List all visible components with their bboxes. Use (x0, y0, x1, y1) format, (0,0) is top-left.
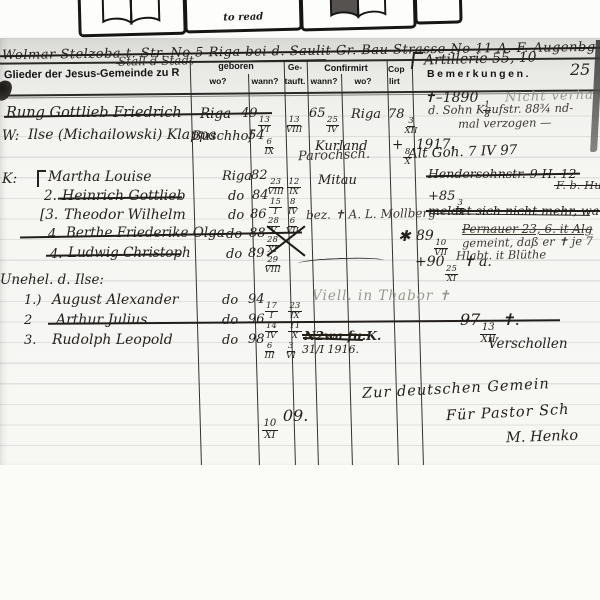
confirmation-note: bez. ✝ A. L. Mollberg (306, 207, 436, 221)
col-getauft-2: tauft. (283, 76, 307, 86)
birth-date: 546IX (248, 129, 274, 157)
strike-address-2 (554, 185, 600, 186)
birth-place: Buschhof (192, 130, 253, 143)
strike-remark (426, 210, 600, 212)
entry-name: Martha Louise (48, 170, 152, 184)
birth-date: 986III (248, 333, 275, 361)
page-number: 25 (570, 62, 590, 78)
artillerie-note: Artillerie 55, 10 (424, 51, 537, 68)
entry-name: Ilse (Michailowski) Klappa (28, 128, 216, 142)
birth-place: do (222, 334, 238, 347)
col-geboren-wo: wo? (191, 76, 245, 86)
baptism-date: 13VIII (286, 107, 302, 135)
strike-scribble (302, 334, 368, 336)
legend-box-dark-book (299, 0, 416, 32)
scanner-background (0, 465, 600, 600)
entry-name: Arthur Julius (56, 313, 147, 327)
open-book-icon (101, 0, 162, 28)
register-page: Glieder der Jesus-Gemeinde zu R geboren … (0, 38, 600, 465)
death-note: +9025XI ✝ a. (415, 255, 492, 284)
wife-marker: W: (2, 130, 19, 144)
confirmation-date: 31/I 1916. (302, 344, 359, 355)
col-getauft-1: Ge- (284, 62, 306, 72)
legend-box-empty (413, 0, 462, 25)
legend-box-book (77, 0, 186, 37)
entry-number: 1.) (24, 294, 41, 307)
open-book-dark-icon (329, 0, 388, 22)
pencil-remark: Viell. in Thabor ✝ (312, 290, 451, 304)
struck-address: Pernauer 23, 6. it Alg (462, 223, 592, 235)
legend-box-to-read: to read (183, 0, 302, 34)
col-geboren-wann: wann? (247, 76, 283, 86)
entry-name: August Alexander (52, 293, 178, 307)
children-label: K: (2, 172, 17, 186)
scanned-register-page: to read Glieder der Jesus-Gemeinde zu R … (0, 0, 600, 600)
entry-name: Rudolph Leopold (52, 333, 173, 347)
birth-place: do (228, 190, 244, 203)
entry-number: 3. (24, 334, 36, 347)
birth-place: do (226, 248, 242, 261)
legend-label: to read (187, 11, 299, 25)
footer-signature: M. Henko (506, 429, 579, 446)
brace-mark (37, 170, 46, 187)
confirmation-place: Riga (351, 108, 381, 121)
col-copulirt-2: lirt (389, 76, 411, 86)
entry-number: [3. (40, 209, 58, 223)
col-copulirt-1: Cop (388, 64, 410, 74)
footer-date: 10XI 09. (262, 408, 308, 441)
entry-number: 4. (48, 228, 60, 241)
col-confirmirt: Confirmirt (306, 63, 386, 73)
register-title: Glieder der Jesus-Gemeinde zu R (4, 67, 180, 81)
parochial-note: Parochsch. (298, 148, 370, 164)
confirmation-date: 6525IV (309, 107, 339, 135)
remark-line-2: mal verzogen — (458, 117, 552, 130)
col-confirmirt-wo: wo? (341, 76, 385, 86)
missing-remark: Verschollen (488, 338, 568, 352)
birth-date: 8929VIII (248, 247, 281, 275)
birth-place: Riga (200, 108, 231, 122)
entry-number: 2 (24, 314, 32, 327)
asterisk-mark: ✱ (398, 229, 411, 244)
section-label: Unehel. d. Ilse: (0, 274, 104, 288)
confirmation-place: Mitau (318, 174, 357, 187)
birth-place: do (226, 228, 242, 241)
baptism-date: 3VI (286, 333, 296, 361)
entry-name: Theodor Wilhelm (64, 208, 186, 222)
birth-place: do (222, 294, 238, 307)
birth-place: do (228, 209, 244, 222)
birth-place: Riga (222, 170, 252, 183)
col-bemerkungen: Bemerkungen. (427, 68, 531, 80)
marriage-date: 783XII (388, 108, 417, 136)
entry-number: 2. (44, 190, 57, 204)
col-confirmirt-wann: wann? (307, 76, 341, 86)
